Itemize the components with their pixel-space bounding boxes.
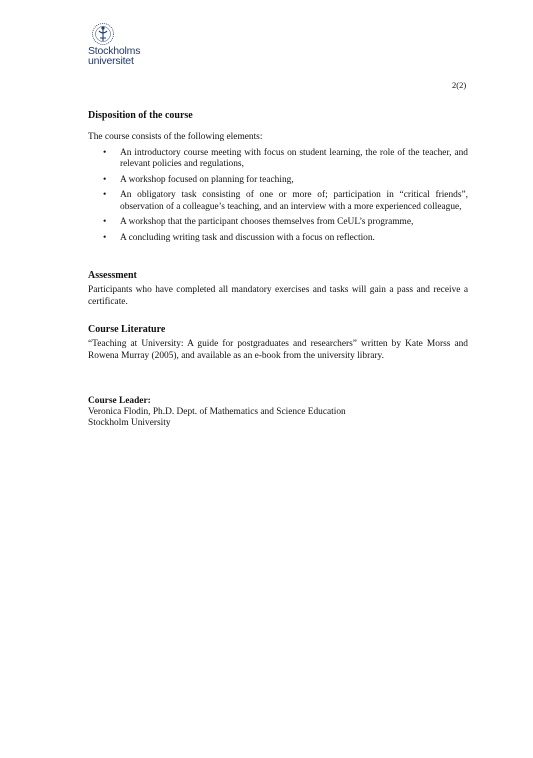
list-item: •An introductory course meeting with foc…: [88, 148, 468, 171]
list-item-text: An obligatory task consisting of one or …: [120, 190, 468, 212]
document-body: Disposition of the course The course con…: [88, 110, 468, 429]
bullet-icon: •: [103, 233, 106, 245]
literature-text: “Teaching at University: A guide for pos…: [88, 339, 468, 362]
course-leader-heading: Course Leader:: [88, 396, 468, 407]
logo-wordmark: Stockholms universitet: [88, 46, 140, 66]
course-leader-name: Veronica Flodin, Ph.D. Dept. of Mathemat…: [88, 407, 468, 418]
bullet-icon: •: [103, 217, 106, 229]
list-item: •An obligatory task consisting of one or…: [88, 190, 468, 213]
bullet-icon: •: [103, 190, 106, 202]
assessment-heading: Assessment: [88, 270, 468, 282]
list-item-text: A concluding writing task and discussion…: [120, 233, 375, 243]
logo-line-2: universitet: [88, 56, 140, 66]
university-logo: Stockholms universitet: [88, 22, 148, 72]
list-item: •A workshop focused on planning for teac…: [88, 175, 468, 187]
bullet-icon: •: [103, 148, 106, 160]
university-emblem-icon: [91, 22, 115, 46]
list-item-text: A workshop that the participant chooses …: [120, 217, 413, 227]
bullet-icon: •: [103, 175, 106, 187]
disposition-heading: Disposition of the course: [88, 110, 468, 122]
list-item: •A concluding writing task and discussio…: [88, 233, 468, 245]
literature-heading: Course Literature: [88, 324, 468, 336]
assessment-text: Participants who have completed all mand…: [88, 285, 468, 308]
list-item: •A workshop that the participant chooses…: [88, 217, 468, 229]
list-item-text: A workshop focused on planning for teach…: [120, 175, 294, 185]
disposition-intro: The course consists of the following ele…: [88, 132, 468, 144]
disposition-list: •An introductory course meeting with foc…: [88, 148, 468, 245]
list-item-text: An introductory course meeting with focu…: [120, 148, 468, 170]
page-number: 2(2): [452, 80, 466, 90]
course-leader-university: Stockholm University: [88, 418, 468, 429]
